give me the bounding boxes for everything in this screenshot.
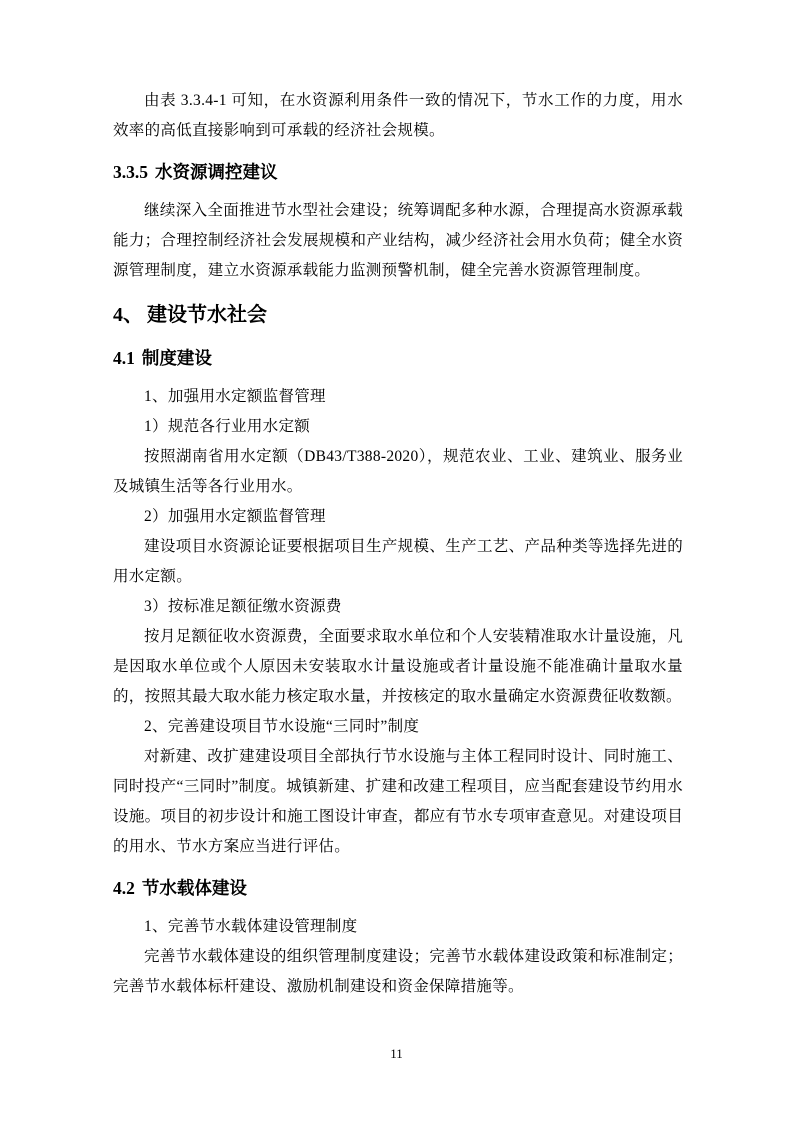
heading-title: 建设节水社会 xyxy=(147,304,267,326)
heading-number: 3.3.5 xyxy=(113,162,148,182)
document-page: 由表 3.3.4-1 可知，在水资源利用条件一致的情况下，节水工作的力度，用水效… xyxy=(0,0,793,1122)
list-item: 1、加强用水定额监督管理 xyxy=(113,382,683,412)
heading-number: 4、 xyxy=(113,304,143,326)
paragraph: 按照湖南省用水定额（DB43/T388-2020），规范农业、工业、建筑业、服务… xyxy=(113,442,683,502)
section-heading-4-1: 4.1制度建设 xyxy=(113,342,683,374)
list-item: 1、完善节水载体建设管理制度 xyxy=(113,912,683,942)
list-item: 2）加强用水定额监督管理 xyxy=(113,502,683,532)
chapter-heading-4: 4、建设节水社会 xyxy=(113,298,683,332)
list-item: 2、完善建设项目节水设施“三同时”制度 xyxy=(113,712,683,742)
heading-number: 4.2 xyxy=(113,878,135,898)
paragraph: 继续深入全面推进节水型社会建设；统筹调配多种水源，合理提高水资源承载能力；合理控… xyxy=(113,196,683,286)
list-item: 3）按标准足额征缴水资源费 xyxy=(113,592,683,622)
list-item: 1）规范各行业用水定额 xyxy=(113,412,683,442)
section-heading-4-2: 4.2节水载体建设 xyxy=(113,872,683,904)
heading-number: 4.1 xyxy=(113,348,135,368)
heading-title: 水资源调控建议 xyxy=(155,162,278,182)
heading-title: 制度建设 xyxy=(142,348,212,368)
paragraph: 建设项目水资源论证要根据项目生产规模、生产工艺、产品种类等选择先进的用水定额。 xyxy=(113,532,683,592)
paragraph: 由表 3.3.4-1 可知，在水资源利用条件一致的情况下，节水工作的力度，用水效… xyxy=(113,86,683,146)
paragraph: 按月足额征收水资源费，全面要求取水单位和个人安装精准取水计量设施，凡是因取水单位… xyxy=(113,622,683,712)
paragraph: 对新建、改扩建建设项目全部执行节水设施与主体工程同时设计、同时施工、同时投产“三… xyxy=(113,742,683,862)
page-number: 11 xyxy=(0,1046,793,1062)
heading-title: 节水载体建设 xyxy=(142,878,247,898)
paragraph: 完善节水载体建设的组织管理制度建设；完善节水载体建设政策和标准制定；完善节水载体… xyxy=(113,942,683,1002)
section-heading-3-3-5: 3.3.5水资源调控建议 xyxy=(113,156,683,188)
